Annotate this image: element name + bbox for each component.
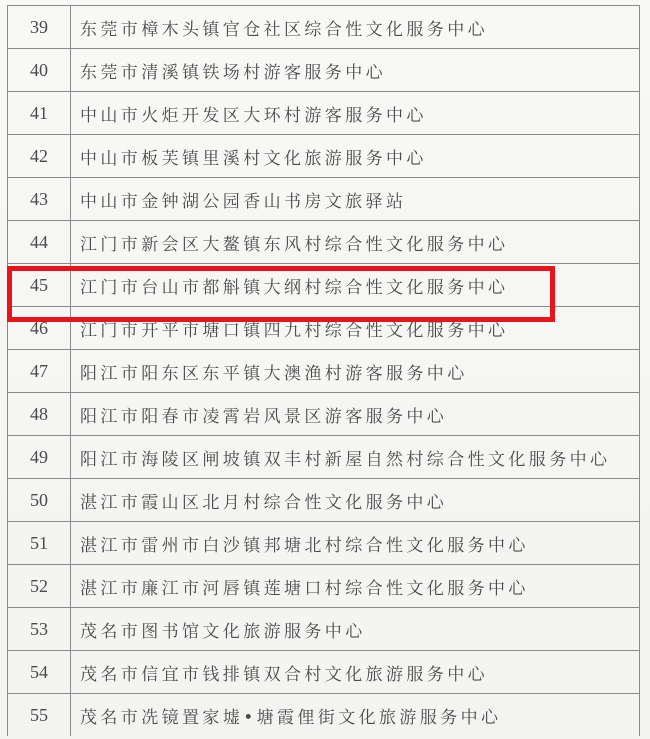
- row-number: 47: [8, 350, 71, 393]
- row-number: 41: [8, 92, 71, 135]
- row-name: 江门市台山市都斛镇大纲村综合性文化服务中心: [71, 264, 640, 307]
- row-number: 42: [8, 135, 71, 178]
- row-number: 48: [8, 393, 71, 436]
- row-number: 49: [8, 436, 71, 479]
- table-row: 46 江门市开平市塘口镇四九村综合性文化服务中心: [8, 307, 640, 350]
- table-row: 40 东莞市清溪镇铁场村游客服务中心: [8, 49, 640, 92]
- document-page: 39 东莞市樟木头镇官仓社区综合性文化服务中心 40 东莞市清溪镇铁场村游客服务…: [0, 0, 650, 739]
- row-number: 44: [8, 221, 71, 264]
- row-number: 40: [8, 49, 71, 92]
- row-number: 39: [8, 6, 71, 49]
- row-number: 54: [8, 651, 71, 694]
- row-number: 55: [8, 694, 71, 737]
- table-row: 41 中山市火炬开发区大环村游客服务中心: [8, 92, 640, 135]
- row-name: 阳江市阳东区东平镇大澳渔村游客服务中心: [71, 350, 640, 393]
- table-row: 55 茂名市冼镜置家墟•塘霞俚街文化旅游服务中心: [8, 694, 640, 737]
- table-row: 39 东莞市樟木头镇官仓社区综合性文化服务中心: [8, 6, 640, 49]
- row-name: 茂名市信宜市钱排镇双合村文化旅游服务中心: [71, 651, 640, 694]
- table-row: 47 阳江市阳东区东平镇大澳渔村游客服务中心: [8, 350, 640, 393]
- row-name: 中山市板芙镇里溪村文化旅游服务中心: [71, 135, 640, 178]
- row-name: 湛江市雷州市白沙镇邦塘北村综合性文化服务中心: [71, 522, 640, 565]
- row-name: 茂名市冼镜置家墟•塘霞俚街文化旅游服务中心: [71, 694, 640, 737]
- table-row: 52 湛江市廉江市河唇镇莲塘口村综合性文化服务中心: [8, 565, 640, 608]
- table-row: 51 湛江市雷州市白沙镇邦塘北村综合性文化服务中心: [8, 522, 640, 565]
- row-name: 阳江市海陵区闸坡镇双丰村新屋自然村综合性文化服务中心: [71, 436, 640, 479]
- row-name: 中山市火炬开发区大环村游客服务中心: [71, 92, 640, 135]
- row-name: 湛江市霞山区北月村综合性文化服务中心: [71, 479, 640, 522]
- table-row: 54 茂名市信宜市钱排镇双合村文化旅游服务中心: [8, 651, 640, 694]
- row-number: 53: [8, 608, 71, 651]
- row-number: 46: [8, 307, 71, 350]
- row-name: 湛江市廉江市河唇镇莲塘口村综合性文化服务中心: [71, 565, 640, 608]
- table-row-highlighted: 45 江门市台山市都斛镇大纲村综合性文化服务中心: [8, 264, 640, 307]
- table-row: 44 江门市新会区大鳌镇东风村综合性文化服务中心: [8, 221, 640, 264]
- row-name: 中山市金钟湖公园香山书房文旅驿站: [71, 178, 640, 221]
- row-name: 江门市新会区大鳌镇东风村综合性文化服务中心: [71, 221, 640, 264]
- row-name: 江门市开平市塘口镇四九村综合性文化服务中心: [71, 307, 640, 350]
- list-table: 39 东莞市樟木头镇官仓社区综合性文化服务中心 40 东莞市清溪镇铁场村游客服务…: [7, 5, 640, 736]
- table-row: 50 湛江市霞山区北月村综合性文化服务中心: [8, 479, 640, 522]
- table-row: 49 阳江市海陵区闸坡镇双丰村新屋自然村综合性文化服务中心: [8, 436, 640, 479]
- row-name: 阳江市阳春市凌霄岩风景区游客服务中心: [71, 393, 640, 436]
- row-number: 51: [8, 522, 71, 565]
- row-number: 50: [8, 479, 71, 522]
- table-row: 53 茂名市图书馆文化旅游服务中心: [8, 608, 640, 651]
- row-name: 东莞市清溪镇铁场村游客服务中心: [71, 49, 640, 92]
- row-name: 东莞市樟木头镇官仓社区综合性文化服务中心: [71, 6, 640, 49]
- table-row: 48 阳江市阳春市凌霄岩风景区游客服务中心: [8, 393, 640, 436]
- table-row: 43 中山市金钟湖公园香山书房文旅驿站: [8, 178, 640, 221]
- row-number: 52: [8, 565, 71, 608]
- table-row: 42 中山市板芙镇里溪村文化旅游服务中心: [8, 135, 640, 178]
- row-number: 43: [8, 178, 71, 221]
- row-name: 茂名市图书馆文化旅游服务中心: [71, 608, 640, 651]
- row-number: 45: [8, 264, 71, 307]
